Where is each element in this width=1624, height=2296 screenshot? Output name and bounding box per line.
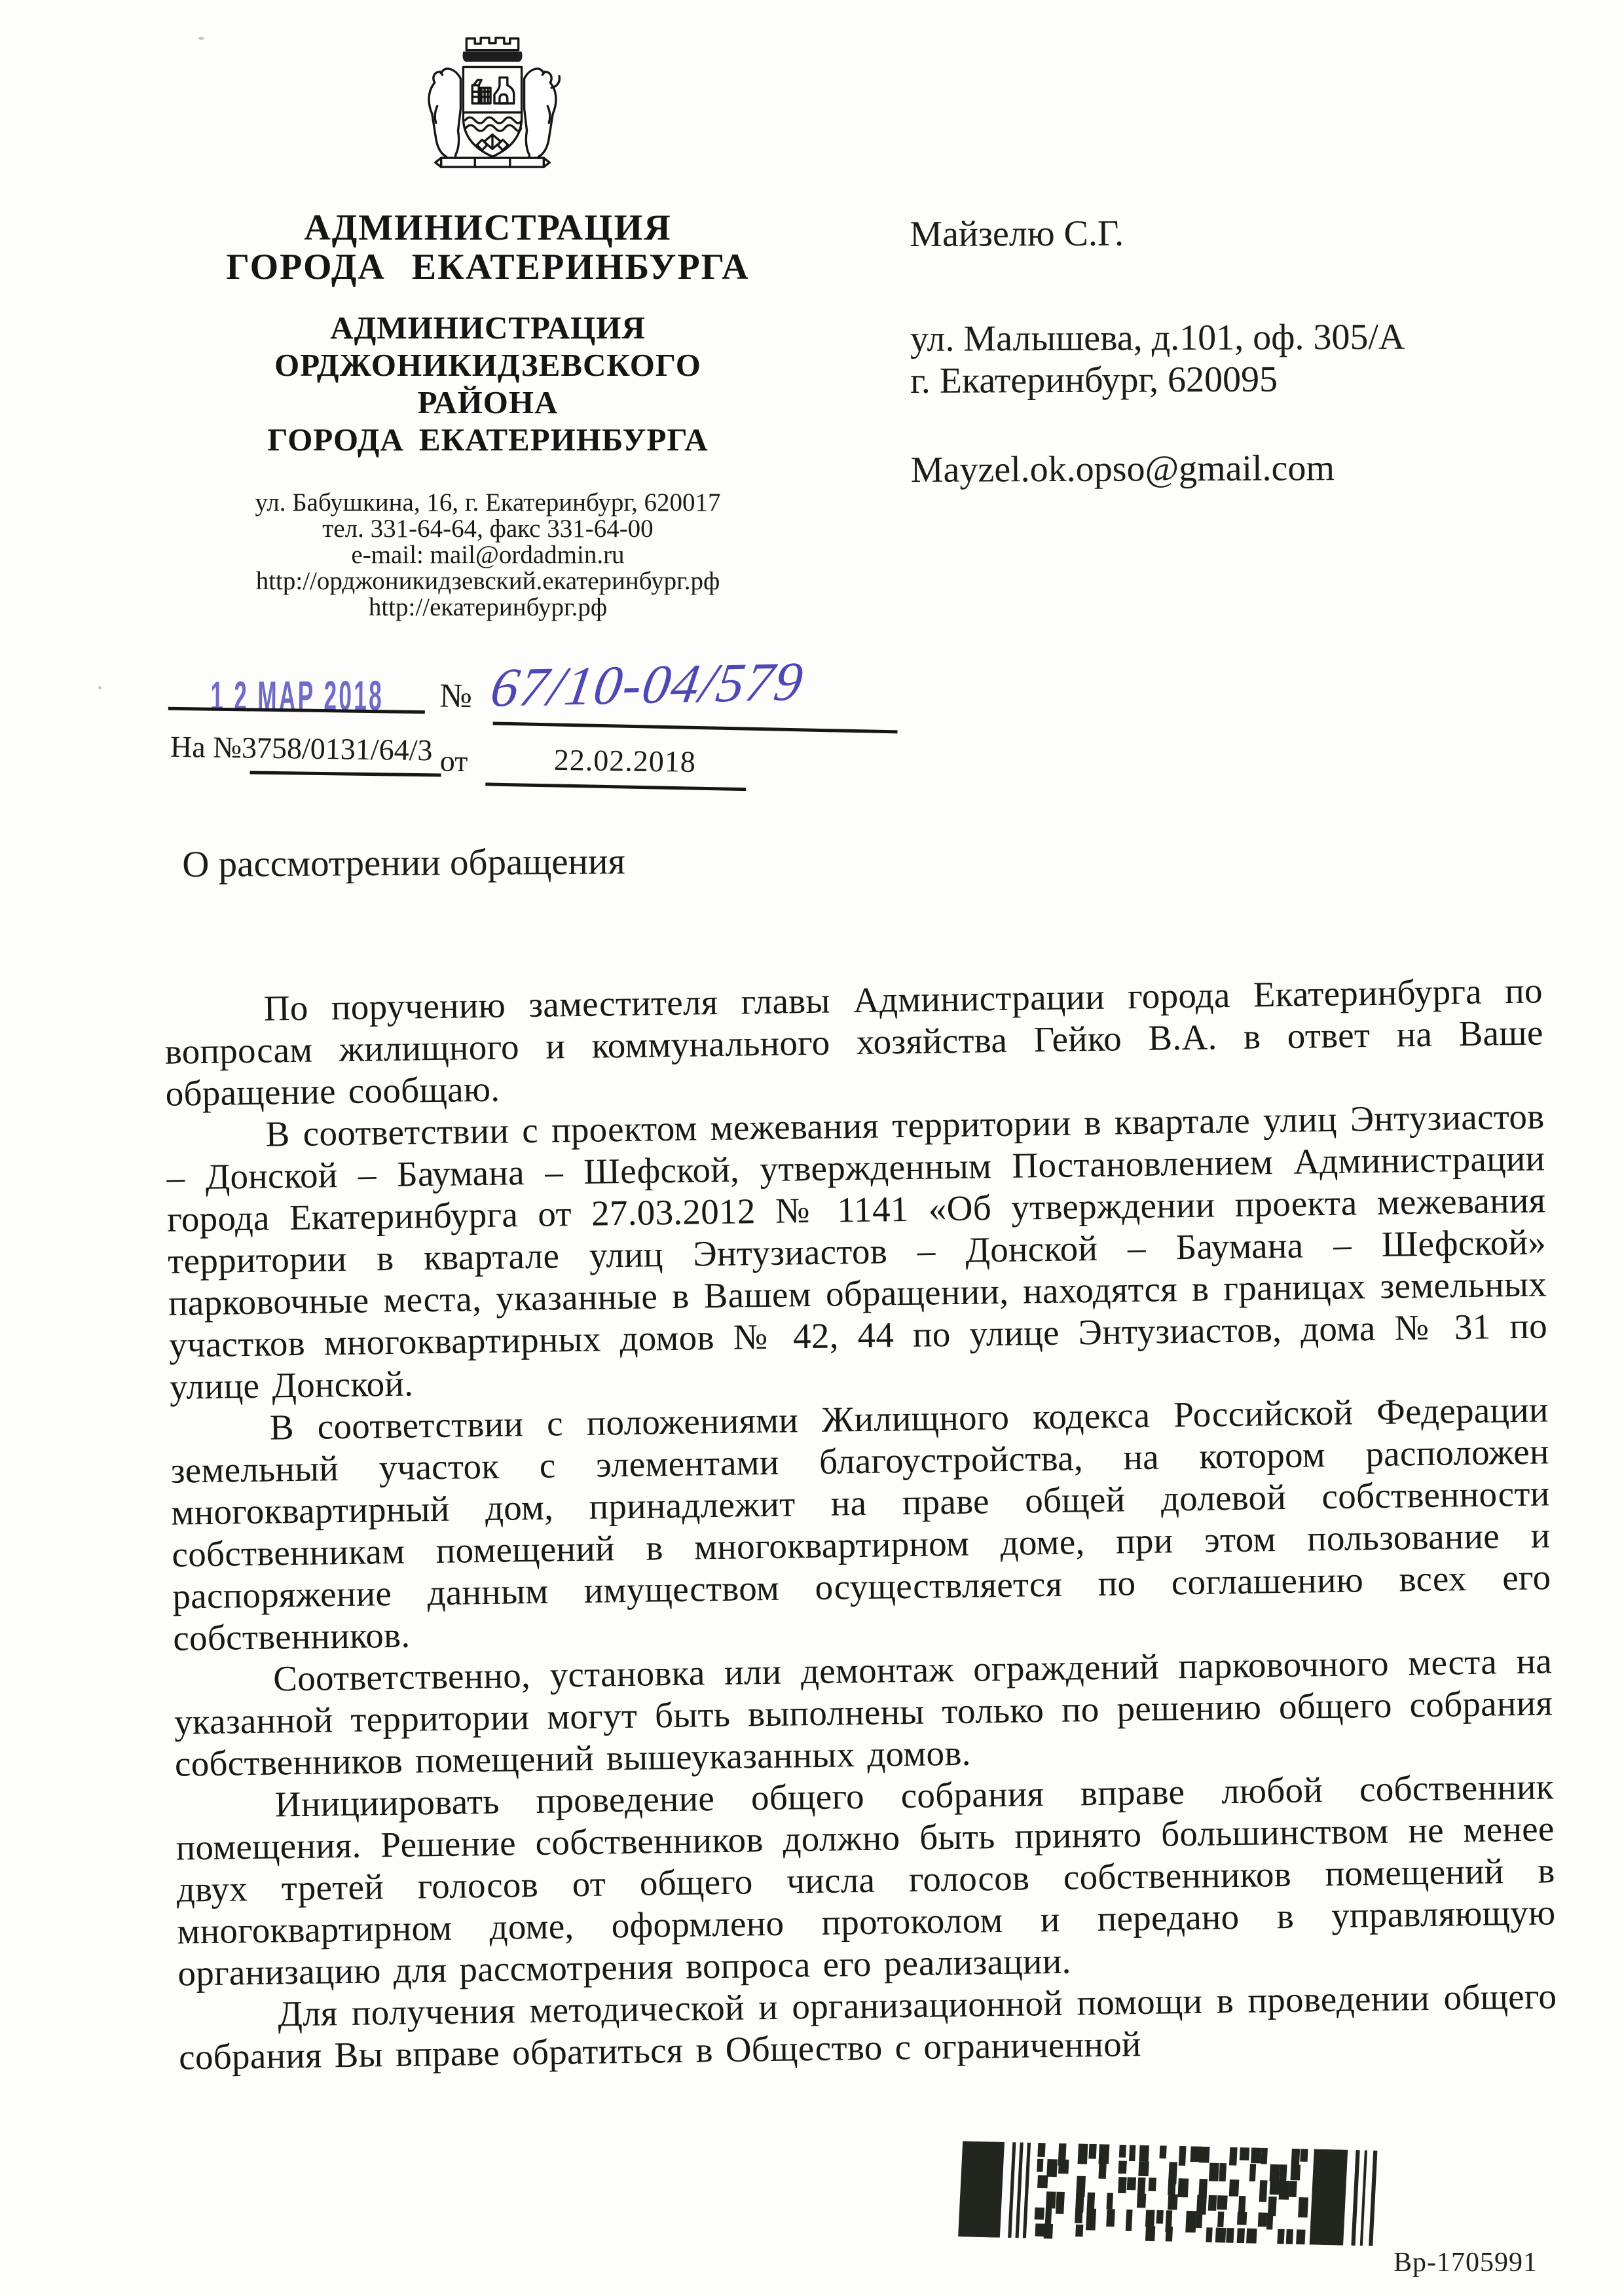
body-paragraph: Инициировать проведение общего собрания … [175, 1766, 1556, 1994]
body-paragraph: Соответственно, установка или демонтаж о… [174, 1640, 1553, 1785]
body-paragraph: По поручению заместителя главы Администр… [164, 970, 1543, 1114]
scan-speck [198, 37, 204, 40]
scanned-letter-page: { "colors": { "paper": "#fdfdfb", "text"… [0, 0, 1624, 2296]
rule-under-incoming-date [485, 782, 746, 791]
registration-date-stamp: 1 2 МАР 2018 [210, 671, 384, 720]
incoming-date-value: 22.02.2018 [554, 742, 697, 779]
subject-line: О рассмотрении обращения [182, 840, 625, 886]
body-paragraph: В соответствии с проектом межевания терр… [166, 1095, 1548, 1408]
scan-speck [98, 686, 101, 689]
incoming-date-label: от [439, 743, 468, 778]
incoming-reference-number: 3758/0131/64/3 [242, 731, 433, 767]
reference-block: 1 2 МАР 2018 № 67/10-04/579 На №3758/013… [0, 0, 1624, 848]
letter-body: По поручению заместителя главы Администр… [164, 970, 1557, 2078]
incoming-reference: На №3758/0131/64/3 [170, 729, 433, 768]
outgoing-number-label: № [439, 676, 472, 716]
rule-under-number [493, 721, 898, 733]
body-paragraph: В соответствии с положениями Жилищного к… [170, 1389, 1551, 1659]
barcode-label: Вр-1705991 [1393, 2247, 1538, 2278]
routing-barcode-icon [949, 2141, 1396, 2249]
outgoing-number-handwritten: 67/10-04/579 [487, 649, 809, 720]
rule-under-incoming-number [250, 771, 441, 776]
incoming-reference-label: На № [170, 730, 242, 765]
